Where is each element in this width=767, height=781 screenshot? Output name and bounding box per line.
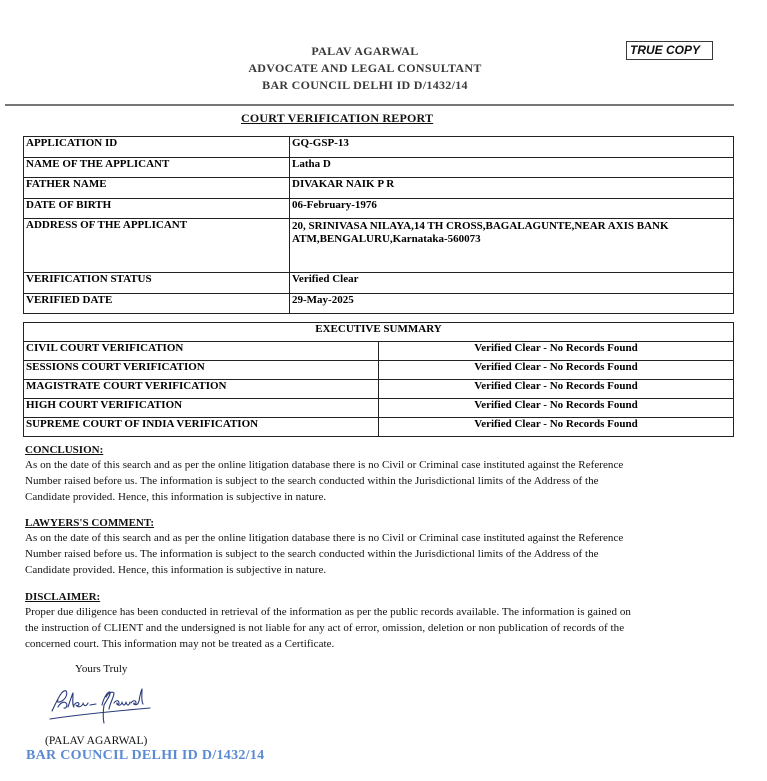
conclusion-section: CONCLUSION: As on the date of this searc… xyxy=(25,443,725,505)
magistrate-court-result: Verified Clear - No Records Found xyxy=(379,380,734,399)
address-value: 20, SRINIVASA NILAYA,14 TH CROSS,BAGALAG… xyxy=(290,219,734,273)
sessions-court-result: Verified Clear - No Records Found xyxy=(379,361,734,380)
table-row: SESSIONS COURT VERIFICATION Verified Cle… xyxy=(24,361,734,380)
header-divider xyxy=(5,104,734,106)
conclusion-line: Candidate provided. Hence, this informat… xyxy=(25,489,725,505)
application-id-value: GQ-GSP-13 xyxy=(290,137,734,158)
disclaimer-section: DISCLAIMER: Proper due diligence has bee… xyxy=(25,590,725,652)
lawyers-comment-line: Candidate provided. Hence, this informat… xyxy=(25,562,725,578)
bar-council-id: BAR COUNCIL DELHI ID D/1432/14 xyxy=(180,78,550,93)
application-id-label: APPLICATION ID xyxy=(24,137,290,158)
verified-date-label: VERIFIED DATE xyxy=(24,293,290,314)
table-header-row: EXECUTIVE SUMMARY xyxy=(24,323,734,342)
date-of-birth-value: 06-February-1976 xyxy=(290,198,734,219)
table-row: HIGH COURT VERIFICATION Verified Clear -… xyxy=(24,399,734,418)
table-row: VERIFIED DATE 29-May-2025 xyxy=(24,293,734,314)
signer-name: (PALAV AGARWAL) xyxy=(45,735,147,747)
advocate-name: PALAV AGARWAL xyxy=(180,44,550,59)
conclusion-heading: CONCLUSION: xyxy=(25,443,725,457)
report-title: COURT VERIFICATION REPORT xyxy=(241,111,433,126)
lawyers-comment-section: LAWYERS'S COMMENT: As on the date of thi… xyxy=(25,516,725,578)
lawyers-comment-line: Number raised before us. The information… xyxy=(25,546,725,562)
lawyers-comment-text: As on the date of this search and as per… xyxy=(25,530,725,578)
disclaimer-line: concerned court. This information may no… xyxy=(25,636,725,652)
father-name-label: FATHER NAME xyxy=(24,178,290,199)
table-row: NAME OF THE APPLICANT Latha D xyxy=(24,157,734,178)
date-of-birth-label: DATE OF BIRTH xyxy=(24,198,290,219)
verified-date-value: 29-May-2025 xyxy=(290,293,734,314)
disclaimer-line: Proper due diligence has been conducted … xyxy=(25,604,725,620)
disclaimer-line: the instruction of CLIENT and the unders… xyxy=(25,620,725,636)
sessions-court-label: SESSIONS COURT VERIFICATION xyxy=(24,361,379,380)
table-row: FATHER NAME DIVAKAR NAIK P R xyxy=(24,178,734,199)
closing-salutation: Yours Truly xyxy=(75,663,127,675)
conclusion-line: As on the date of this search and as per… xyxy=(25,457,725,473)
conclusion-line: Number raised before us. The information… xyxy=(25,473,725,489)
lawyers-comment-heading: LAWYERS'S COMMENT: xyxy=(25,516,725,530)
applicant-name-label: NAME OF THE APPLICANT xyxy=(24,157,290,178)
verification-status-label: VERIFICATION STATUS xyxy=(24,273,290,294)
high-court-label: HIGH COURT VERIFICATION xyxy=(24,399,379,418)
table-row: ADDRESS OF THE APPLICANT 20, SRINIVASA N… xyxy=(24,219,734,273)
table-row: MAGISTRATE COURT VERIFICATION Verified C… xyxy=(24,380,734,399)
true-copy-stamp: TRUE COPY xyxy=(626,41,713,60)
table-row: VERIFICATION STATUS Verified Clear xyxy=(24,273,734,294)
supreme-court-result: Verified Clear - No Records Found xyxy=(379,418,734,437)
conclusion-text: As on the date of this search and as per… xyxy=(25,457,725,505)
table-row: SUPREME COURT OF INDIA VERIFICATION Veri… xyxy=(24,418,734,437)
table-row: APPLICATION ID GQ-GSP-13 xyxy=(24,137,734,158)
executive-summary-table: EXECUTIVE SUMMARY CIVIL COURT VERIFICATI… xyxy=(23,322,734,437)
magistrate-court-label: MAGISTRATE COURT VERIFICATION xyxy=(24,380,379,399)
address-label: ADDRESS OF THE APPLICANT xyxy=(24,219,290,273)
lawyers-comment-line: As on the date of this search and as per… xyxy=(25,530,725,546)
executive-summary-title: EXECUTIVE SUMMARY xyxy=(24,323,734,342)
signer-bar-council-id: BAR COUNCIL DELHI ID D/1432/14 xyxy=(26,748,264,764)
advocate-designation: ADVOCATE AND LEGAL CONSULTANT xyxy=(180,61,550,76)
applicant-name-value: Latha D xyxy=(290,157,734,178)
disclaimer-text: Proper due diligence has been conducted … xyxy=(25,604,725,652)
supreme-court-label: SUPREME COURT OF INDIA VERIFICATION xyxy=(24,418,379,437)
signature-icon xyxy=(46,683,156,728)
table-row: DATE OF BIRTH 06-February-1976 xyxy=(24,198,734,219)
applicant-details-table: APPLICATION ID GQ-GSP-13 NAME OF THE APP… xyxy=(23,136,734,314)
father-name-value: DIVAKAR NAIK P R xyxy=(290,178,734,199)
high-court-result: Verified Clear - No Records Found xyxy=(379,399,734,418)
civil-court-label: CIVIL COURT VERIFICATION xyxy=(24,342,379,361)
verification-status-value: Verified Clear xyxy=(290,273,734,294)
disclaimer-heading: DISCLAIMER: xyxy=(25,590,725,604)
civil-court-result: Verified Clear - No Records Found xyxy=(379,342,734,361)
table-row: CIVIL COURT VERIFICATION Verified Clear … xyxy=(24,342,734,361)
